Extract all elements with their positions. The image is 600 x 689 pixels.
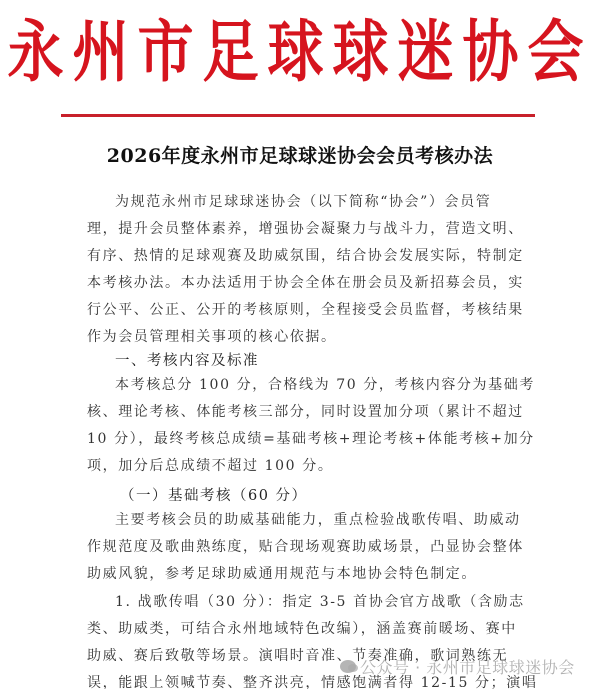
- section1-paragraph: 本考核总分 100 分，合格线为 70 分，考核内容分为基础考 核、理论考核、体…: [87, 372, 527, 480]
- document-title: 2026年度永州市足球球迷协会会员考核办法: [0, 141, 600, 168]
- text-line: 为规范永州市足球球迷协会（以下简称“协会”）会员管: [87, 189, 527, 216]
- watermark: 公众号 · 永州市足球球迷协会: [340, 655, 575, 678]
- wechat-icon: [340, 660, 356, 673]
- text-line: 助威风貌，参考足球助威通用规范与本地协会特色制定。: [87, 561, 527, 588]
- text-line: 主要考核会员的助威基础能力，重点检验战歌传唱、助威动: [87, 507, 527, 534]
- text-line: 项，加分后总成绩不超过 100 分。: [87, 453, 527, 480]
- subsection-heading: （一）基础考核（60 分）: [120, 484, 308, 505]
- subsection1-paragraph: 主要考核会员的助威基础能力，重点检验战歌传唱、助威动 作规范度及歌曲熟练度，贴合…: [87, 507, 527, 588]
- text-line: 本考核总分 100 分，合格线为 70 分，考核内容分为基础考: [87, 372, 527, 399]
- watermark-text: 公众号 · 永州市足球球迷协会: [360, 655, 575, 678]
- text-line: 10 分），最终考核总成绩=基础考核+理论考核+体能考核+加分: [87, 426, 527, 453]
- red-divider-rule: [61, 114, 535, 117]
- text-line: 类、助威类，可结合永州地域特色改编），涵盖赛前暖场、赛中: [87, 616, 527, 643]
- text-line: 本考核办法。本办法适用于协会全体在册会员及新招募会员，实: [87, 270, 527, 297]
- text-line: 作规范度及歌曲熟练度，贴合现场观赛助威场景，凸显协会整体: [87, 534, 527, 561]
- text-line: 核、理论考核、体能考核三部分，同时设置加分项（累计不超过: [87, 399, 527, 426]
- section-heading: 一、考核内容及标准: [115, 349, 259, 370]
- text-line: 作为会员管理相关事项的核心依据。: [87, 324, 527, 351]
- text-line: 1. 战歌传唱（30 分）：指定 3-5 首协会官方战歌（含励志: [87, 589, 527, 616]
- intro-paragraph: 为规范永州市足球球迷协会（以下简称“协会”）会员管 理，提升会员整体素养，增强协…: [87, 189, 527, 351]
- text-line: 有序、热情的足球观赛及助威氛围，结合协会发展实际，特制定: [87, 243, 527, 270]
- text-line: 行公平、公正、公开的考核原则，全程接受会员监督，考核结果: [87, 297, 527, 324]
- masthead-organization-name: 永州市足球球迷协会: [0, 16, 600, 88]
- text-line: 理，提升会员整体素养，增强协会凝聚力与战斗力，营造文明、: [87, 216, 527, 243]
